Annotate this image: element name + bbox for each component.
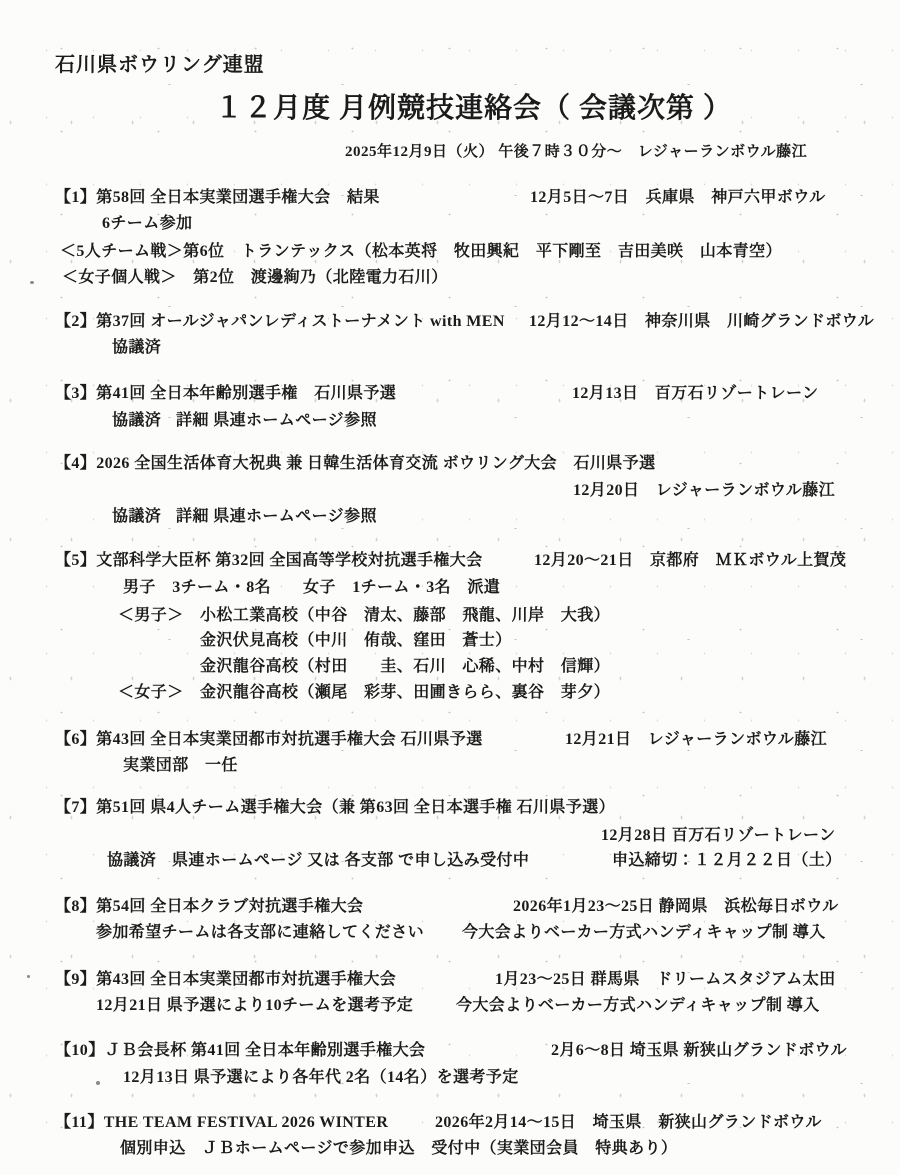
agenda-item-3-text: 12月13日 百万石リゾートレーン [572, 384, 818, 404]
agenda-item-7-text: 【7】第51回 県4人チーム選手権大会（兼 第63回 全日本選手権 石川県予選） [55, 798, 615, 818]
agenda-item-7-text: 申込締切：１２月２２日（土） [612, 851, 842, 871]
agenda-item-1-text: 12月5日～7日 兵庫県 神戸六甲ボウル [530, 188, 826, 208]
agenda-item-5-text: ＜女子＞ [118, 683, 184, 703]
agenda-item-1-text: 6チーム参加 [102, 214, 192, 234]
page-title: １２月度 月例競技連絡会（ 会議次第 ） [215, 86, 732, 126]
agenda-item-9-text: 今大会よりベーカー方式ハンディキャップ制 導入 [456, 996, 820, 1016]
agenda-item-5-text: ＜男子＞ [118, 606, 184, 626]
agenda-item-9-text: 【9】第43回 全日本実業団都市対抗選手権大会 [55, 970, 396, 990]
agenda-item-11-text: 【11】THE TEAM FESTIVAL 2026 WINTER [55, 1113, 388, 1133]
document-page: 石川県ボウリング連盟 １２月度 月例競技連絡会（ 会議次第 ） 2025年12月… [0, 0, 900, 1175]
agenda-item-1-text: ＜5人チーム戦＞第6位 トランテックス（松本英将 牧田興紀 平下剛至 吉田美咲 … [60, 242, 782, 262]
agenda-item-5-text: 金沢龍谷高校（瀬尾 彩芽、田圃きらら、裏谷 芽夕） [200, 683, 610, 703]
agenda-item-8-text: 今大会よりベーカー方式ハンディキャップ制 導入 [462, 923, 826, 943]
agenda-item-9-text: 12月21日 県予選により10チームを選考予定 [96, 996, 413, 1016]
scan-artifact [30, 281, 34, 284]
agenda-item-1-text: 【1】第58回 全日本実業団選手権大会 結果 [55, 188, 380, 208]
agenda-item-7-text: 協議済 [107, 851, 156, 871]
agenda-item-4-text: 協議済 [112, 507, 161, 527]
agenda-item-7-text: 12月28日 百万石リゾートレーン [601, 826, 835, 846]
agenda-item-2-text: 協議済 [112, 338, 161, 358]
agenda-item-4-text: 【4】2026 全国生活体育大祝典 兼 日韓生活体育交流 ボウリング大会 石川県… [55, 454, 655, 474]
agenda-item-7-text: 県連ホームページ 又は 各支部 で申し込み受付中 [172, 851, 529, 871]
agenda-item-5-text: 男子 3チーム・8名 [123, 578, 271, 598]
org-name: 石川県ボウリング連盟 [55, 48, 265, 77]
agenda-item-10-text: 【10】ＪＢ会長杯 第41回 全日本年齢別選手権大会 [55, 1041, 425, 1061]
agenda-item-4-text: 詳細 県連ホームページ参照 [176, 507, 377, 527]
agenda-item-5-text: 小松工業高校（中谷 清太、藤部 飛龍、川岸 大我） [200, 606, 610, 626]
agenda-item-6-text: 【6】第43回 全日本実業団都市対抗選手権大会 石川県予選 [55, 730, 483, 750]
meeting-datetime-venue: 2025年12月9日（火） 午後７時３０分～ レジャーランボウル藤江 [345, 140, 807, 161]
agenda-item-9-text: 1月23～25日 群馬県 ドリームスタジアム太田 [495, 970, 835, 990]
scan-artifact [96, 1081, 100, 1085]
scan-artifact [27, 975, 30, 978]
agenda-item-6-text: 実業団部 一任 [123, 756, 238, 776]
agenda-item-5-text: 【5】文部科学大臣杯 第32回 全国高等学校対抗選手権大会 [55, 551, 483, 571]
agenda-item-10-text: 12月13日 県予選により各年代 2名（14名）を選考予定 [123, 1068, 519, 1088]
agenda-item-4-text: 12月20日 レジャーランボウル藤江 [573, 481, 835, 501]
agenda-item-11-text: 個別申込 ＪＢホームページで参加申込 受付中（実業団会員 特典あり） [120, 1139, 677, 1159]
agenda-item-11-text: 2026年2月14～15日 埼玉県 新狭山グランドボウル [435, 1113, 822, 1133]
agenda-item-8-text: 参加希望チームは各支部に連絡してください [96, 923, 424, 943]
agenda-item-5-text: 金沢龍谷高校（村田 圭、石川 心稀、中村 信輝） [200, 657, 610, 677]
agenda-item-3-text: 協議済 [112, 411, 161, 431]
agenda-item-5-text: 12月20～21日 京都府 ＭＫボウル上賀茂 [534, 551, 846, 571]
agenda-item-2-text: 12月12～14日 神奈川県 川崎グランドボウル [529, 312, 874, 332]
agenda-item-1-text: ＜女子個人戦＞ 第2位 渡邊絢乃（北陸電力石川） [62, 268, 448, 288]
agenda-item-8-text: 【8】第54回 全日本クラブ対抗選手権大会 [55, 897, 363, 917]
agenda-item-5-text: 金沢伏見高校（中川 侑哉、窪田 蒼士） [200, 631, 512, 651]
agenda-item-3-text: 詳細 県連ホームページ参照 [176, 411, 377, 431]
agenda-item-10-text: 2月6～8日 埼玉県 新狭山グランドボウル [551, 1041, 847, 1061]
agenda-item-2-text: 【2】第37回 オールジャパンレディストーナメント with MEN [55, 312, 505, 332]
agenda-item-5-text: 女子 1チーム・3名 派遣 [303, 578, 500, 598]
agenda-item-6-text: 12月21日 レジャーランボウル藤江 [565, 730, 827, 750]
agenda-item-3-text: 【3】第41回 全日本年齢別選手権 石川県予選 [55, 384, 396, 404]
agenda-item-8-text: 2026年1月23～25日 静岡県 浜松毎日ボウル [513, 897, 839, 917]
